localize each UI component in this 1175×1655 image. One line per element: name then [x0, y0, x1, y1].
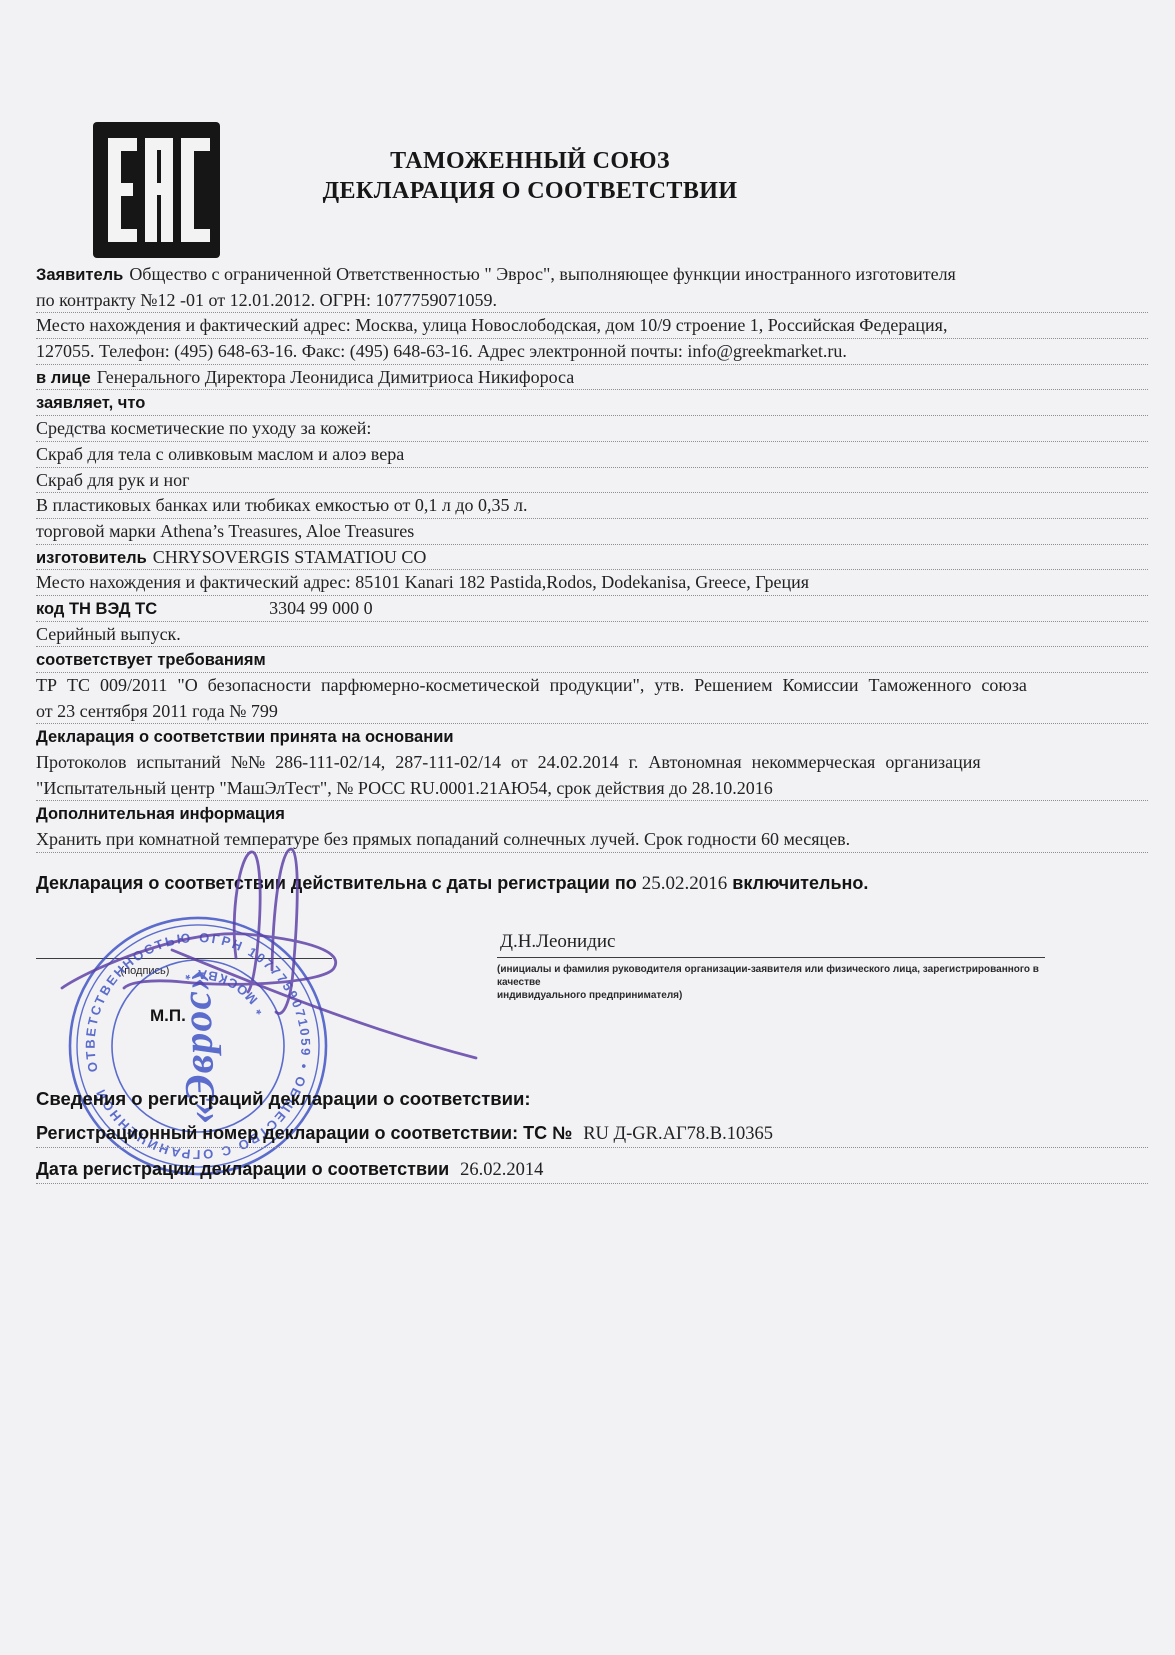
line-label: Дополнительная информация — [36, 805, 285, 823]
line-label: код ТН ВЭД ТС — [36, 600, 157, 618]
line-text: Протоколов испытаний №№ 286-111-02/14, 2… — [36, 752, 981, 772]
doc-line: Декларация о соответствии принята на осн… — [36, 724, 1148, 750]
line-text: Серийный выпуск. — [36, 624, 181, 644]
doc-line: Место нахождения и фактический адрес: 85… — [36, 570, 1148, 596]
declaration-document: ТАМОЖЕННЫЙ СОЮЗ ДЕКЛАРАЦИЯ О СООТВЕТСТВИ… — [0, 0, 1175, 1655]
head-caption-line-1: (инициалы и фамилия руководителя организ… — [497, 963, 1057, 989]
eac-mark-icon — [93, 122, 220, 258]
doc-line: 127055. Телефон: (495) 648-63-16. Факс: … — [36, 339, 1148, 365]
registration-number-value: RU Д-GR.АГ78.В.10365 — [583, 1124, 773, 1144]
line-text: CHRYSOVERGIS STAMATIOU CO — [153, 547, 427, 567]
validity-date: 25.02.2016 — [642, 873, 728, 894]
line-text: торговой марки Athena’s Treasures, Aloe … — [36, 521, 414, 541]
line-text: Общество с ограниченной Ответственностью… — [129, 264, 956, 284]
title-line-1: ТАМОЖЕННЫЙ СОЮЗ — [250, 146, 810, 176]
registration-number-label: Регистрационный номер декларации о соотв… — [36, 1123, 572, 1143]
validity-suffix: включительно. — [732, 873, 868, 893]
registration-date-row: Дата регистрации декларации о соответств… — [36, 1156, 1148, 1184]
doc-line: соответствует требованиям — [36, 647, 1148, 673]
doc-line: по контракту №12 -01 от 12.01.2012. ОГРН… — [36, 288, 1148, 314]
doc-line: торговой марки Athena’s Treasures, Aloe … — [36, 519, 1148, 545]
doc-line: Скраб для тела с оливковым маслом и алоэ… — [36, 442, 1148, 468]
line-label: Декларация о соответствии принята на осн… — [36, 728, 453, 746]
document-title: ТАМОЖЕННЫЙ СОЮЗ ДЕКЛАРАЦИЯ О СООТВЕТСТВИ… — [250, 146, 810, 206]
line-label: изготовитель — [36, 549, 147, 567]
line-label: заявляет, что — [36, 394, 145, 412]
registration-section: Сведения о регистраций декларации о соот… — [36, 1086, 1148, 1184]
doc-line: от 23 сентября 2011 года № 799 — [36, 699, 1148, 725]
registration-heading: Сведения о регистраций декларации о соот… — [36, 1086, 1148, 1112]
registration-date-label: Дата регистрации декларации о соответств… — [36, 1159, 449, 1179]
line-text: 127055. Телефон: (495) 648-63-16. Факс: … — [36, 341, 847, 361]
doc-line: изготовительCHRYSOVERGIS STAMATIOU CO — [36, 545, 1148, 571]
line-text: ТР ТС 009/2011 "О безопасности парфюмерн… — [36, 675, 1027, 695]
line-text: от 23 сентября 2011 года № 799 — [36, 701, 278, 721]
head-caption-line-2: индивидуального предпринимателя) — [497, 989, 1057, 1002]
line-text: по контракту №12 -01 от 12.01.2012. ОГРН… — [36, 290, 497, 310]
doc-line: Скраб для рук и ног — [36, 468, 1148, 494]
doc-line: Протоколов испытаний №№ 286-111-02/14, 2… — [36, 750, 1148, 776]
registration-date-value: 26.02.2014 — [460, 1160, 543, 1180]
head-name-line — [497, 957, 1045, 958]
doc-line: "Испытательный центр "МашЭлТест", № РОСС… — [36, 776, 1148, 802]
doc-line: Средства косметические по уходу за кожей… — [36, 416, 1148, 442]
doc-line: ТР ТС 009/2011 "О безопасности парфюмерн… — [36, 673, 1148, 699]
line-text: 3304 99 000 0 — [269, 598, 373, 618]
line-text: Скраб для тела с оливковым маслом и алоэ… — [36, 444, 404, 464]
line-text: В пластиковых банках или тюбиках емкость… — [36, 495, 528, 515]
line-label: соответствует требованиям — [36, 651, 266, 669]
line-text: Скраб для рук и ног — [36, 470, 189, 490]
eac-mark-logo — [93, 122, 220, 258]
doc-line: ЗаявительОбщество с ограниченной Ответст… — [36, 262, 1148, 288]
doc-line: Дополнительная информация — [36, 801, 1148, 827]
line-label: в лице — [36, 369, 91, 387]
doc-line: Серийный выпуск. — [36, 622, 1148, 648]
doc-line-tn-ved-code: код ТН ВЭД ТС3304 99 000 0 — [36, 596, 1148, 622]
head-caption: (инициалы и фамилия руководителя организ… — [497, 963, 1057, 1002]
signature-scribble-icon — [30, 830, 550, 1130]
line-text: Генерального Директора Леонидиса Димитри… — [97, 367, 575, 387]
registration-number-row: Регистрационный номер декларации о соотв… — [36, 1120, 1148, 1148]
doc-line: В пластиковых банках или тюбиках емкость… — [36, 493, 1148, 519]
line-text: Место нахождения и фактический адрес: 85… — [36, 572, 809, 592]
line-text: Средства косметические по уходу за кожей… — [36, 418, 371, 438]
doc-line: Место нахождения и фактический адрес: Мо… — [36, 313, 1148, 339]
doc-line: заявляет, что — [36, 390, 1148, 416]
line-label: Заявитель — [36, 266, 123, 284]
line-text: Место нахождения и фактический адрес: Мо… — [36, 315, 947, 335]
title-line-2: ДЕКЛАРАЦИЯ О СООТВЕТСТВИИ — [250, 176, 810, 206]
document-body: ЗаявительОбщество с ограниченной Ответст… — [36, 262, 1148, 897]
line-text: "Испытательный центр "МашЭлТест", № РОСС… — [36, 778, 773, 798]
doc-line: в лицеГенерального Директора Леонидиса Д… — [36, 365, 1148, 391]
signature-ink — [30, 830, 550, 1130]
